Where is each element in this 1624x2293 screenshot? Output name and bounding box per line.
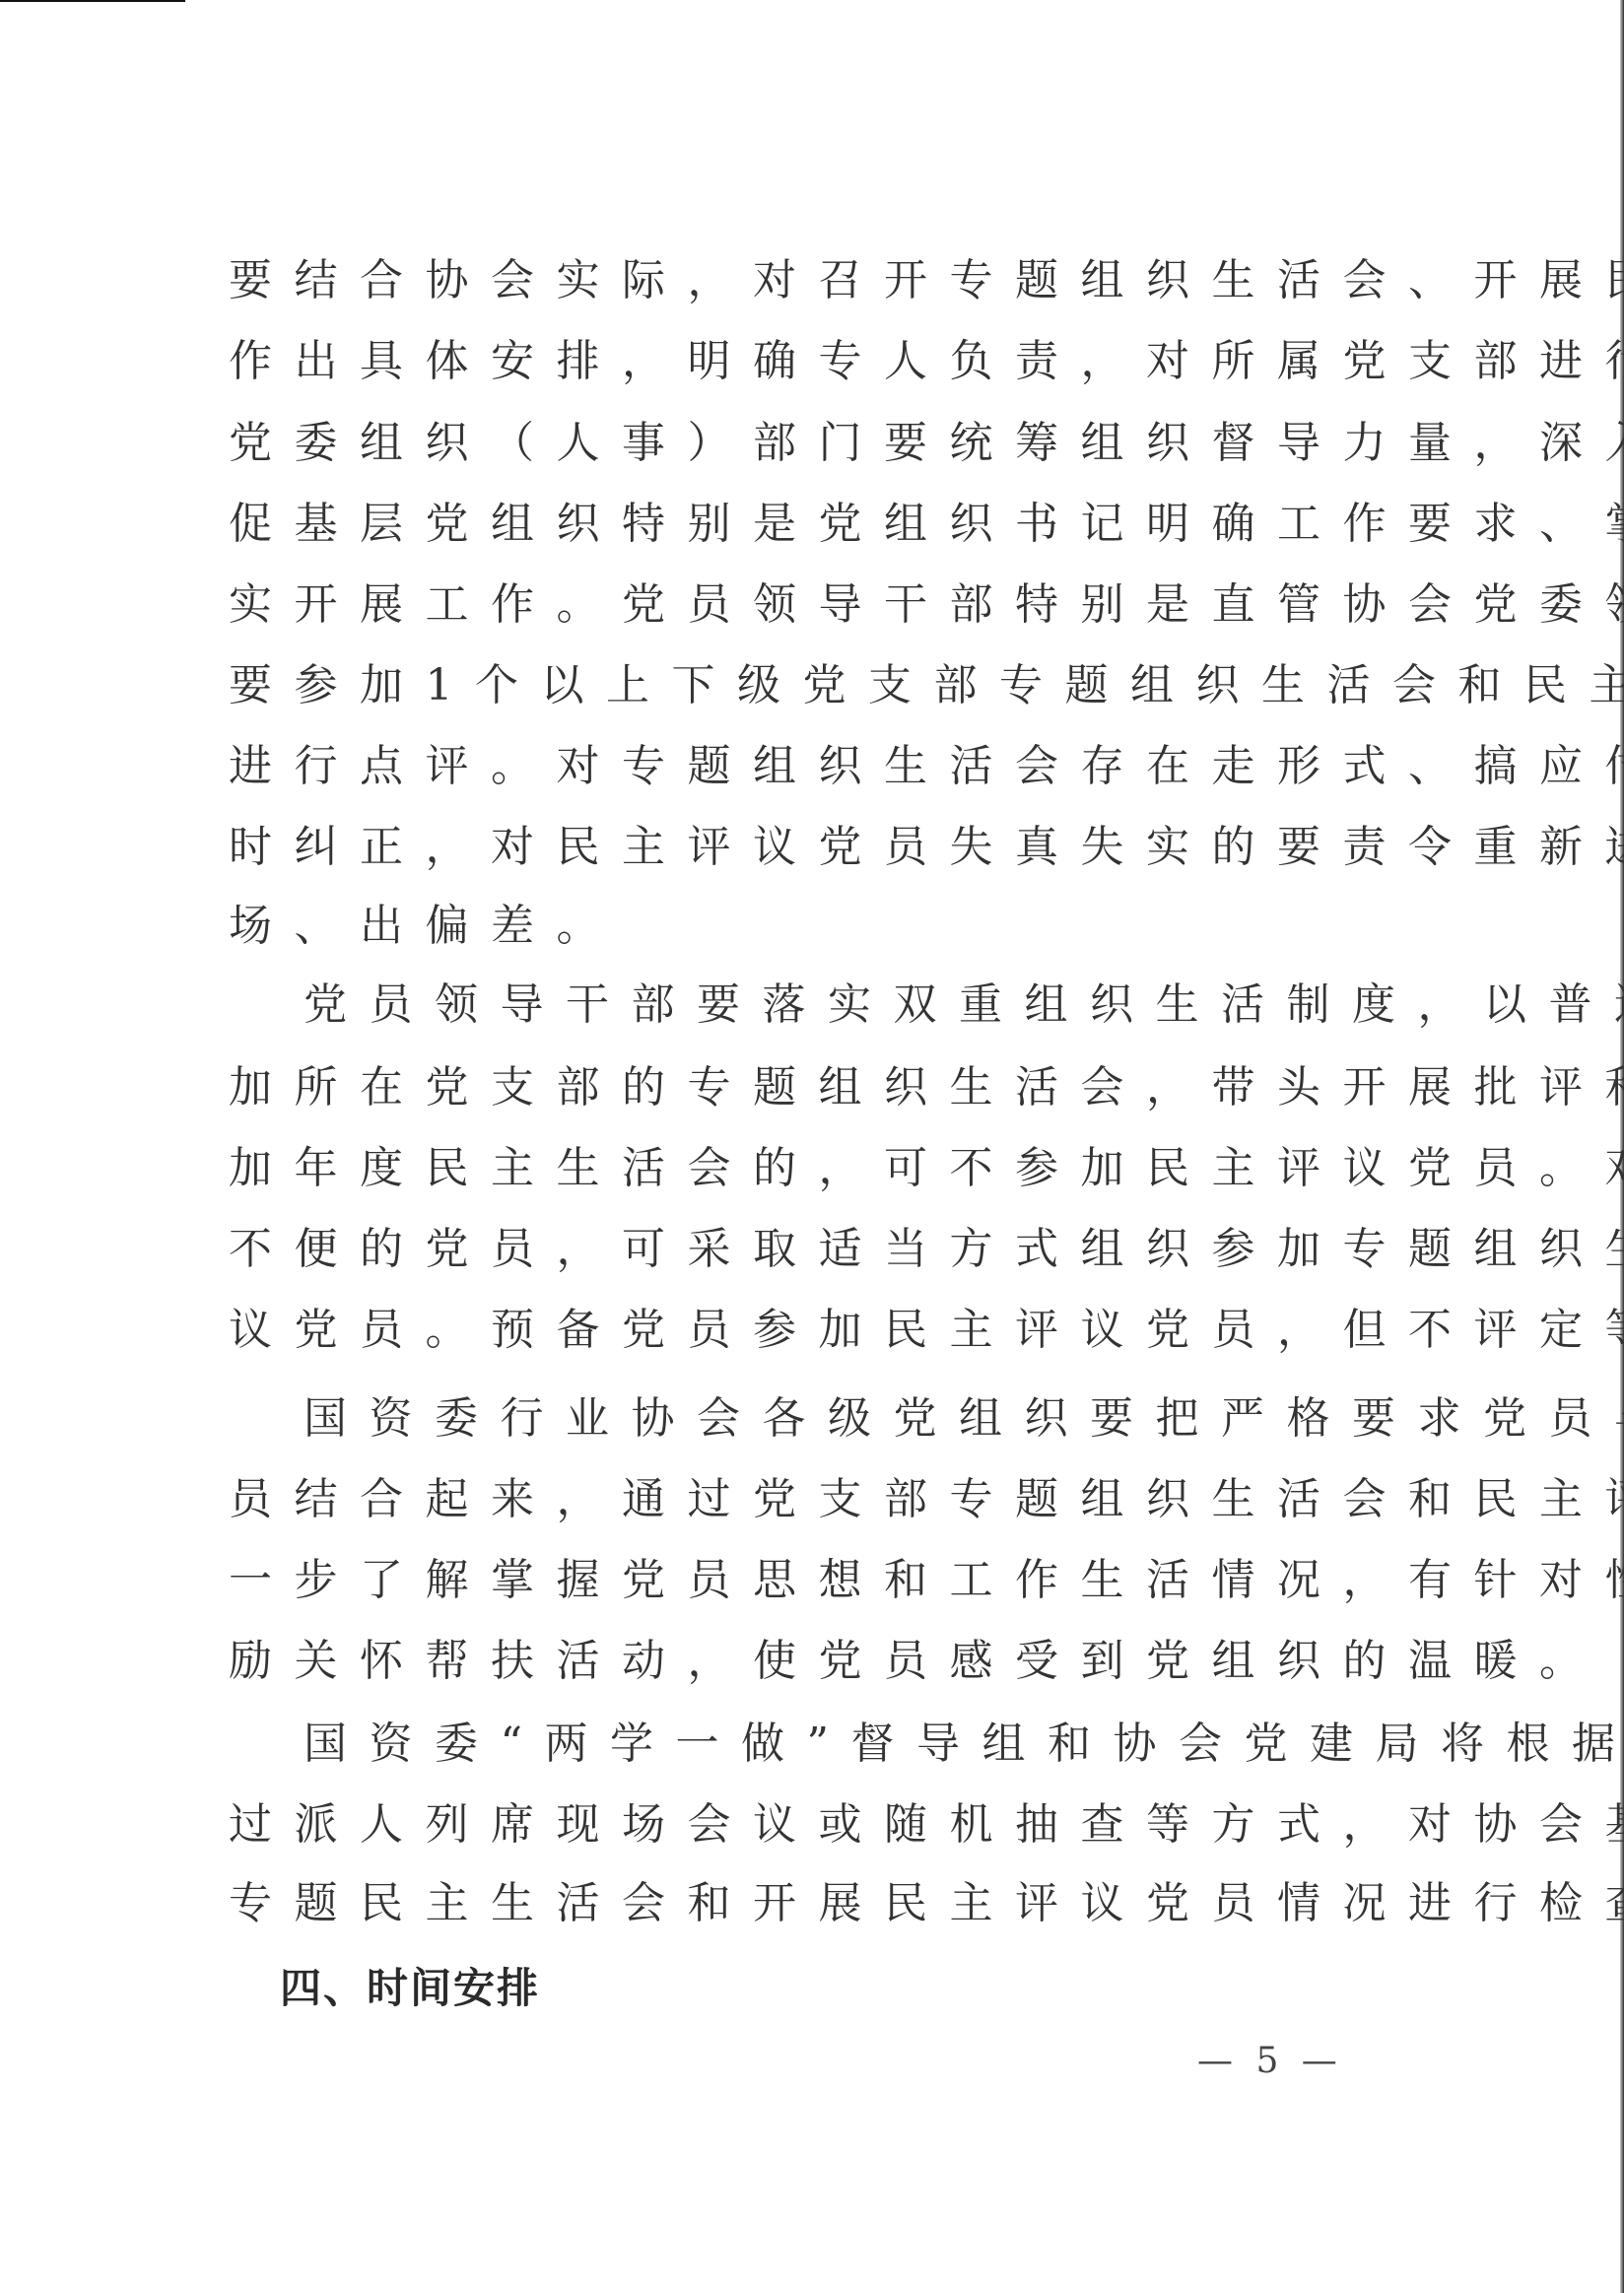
text-line: 场、出偏差。 (229, 897, 1431, 956)
text-line: 过派人列席现场会议或随机抽查等方式，对协会基层党支部召开 (229, 1795, 1431, 1855)
page-number: — 5 — (1197, 2040, 1343, 2083)
text-line: 加所在党支部的专题组织生活会，带头开展批评和自我批评。参 (229, 1058, 1431, 1117)
scan-edge-top (0, 0, 185, 2)
text-line: 议党员。预备党员参加民主评议党员，但不评定等次。 (229, 1301, 1431, 1360)
text-line: 不便的党员，可采取适当方式组织参加专题组织生活会和民主评 (229, 1220, 1431, 1279)
text-line: 促基层党组织特别是党组织书记明确工作要求、掌握方法程序，扎 (229, 495, 1431, 554)
text-line: 作出具体安排，明确专人负责，对所属党支部进行全程指导。协会 (229, 332, 1431, 391)
text-line: 一步了解掌握党员思想和工作生活情况，有针对性地开展党内激 (229, 1551, 1431, 1610)
text-line: 党员领导干部要落实双重组织生活制度，以普通党员身份参 (304, 976, 1431, 1035)
text-line: 时纠正，对民主评议党员失真失实的要责令重新进行，防止走过 (229, 818, 1431, 877)
text-line: 要参加1个以上下级党支部专题组织生活会和民主评议党员，并 (229, 656, 1431, 715)
text-line: 要结合协会实际，对召开专题组织生活会、开展民主评议党员工作 (229, 251, 1431, 310)
text-line: 进行点评。对专题组织生活会存在走形式、搞应付等问题的要及 (229, 737, 1431, 796)
text-line: 国资委行业协会各级党组织要把严格要求党员与关心关爱党 (304, 1389, 1431, 1449)
text-line: 员结合起来，通过党支部专题组织生活会和民主评议党员工作，进 (229, 1470, 1431, 1529)
text-line: 励关怀帮扶活动，使党员感受到党组织的温暖。 (229, 1632, 1431, 1691)
text-line: 党委组织（人事）部门要统筹组织督导力量，深入基层一线，指导督 (229, 414, 1431, 473)
text-line: 专题民主生活会和开展民主评议党员情况进行检查。 (229, 1874, 1431, 1933)
text-line: 国资委“两学一做”督导组和协会党建局将根据工作需要，通 (304, 1715, 1431, 1774)
text-line: 加年度民主生活会的，可不参加民主评议党员。对年老体弱、行动 (229, 1139, 1431, 1198)
text-line: 实开展工作。党员领导干部特别是直管协会党委领导班子成员都 (229, 575, 1431, 635)
section-heading: 四、时间安排 (280, 1959, 540, 2018)
